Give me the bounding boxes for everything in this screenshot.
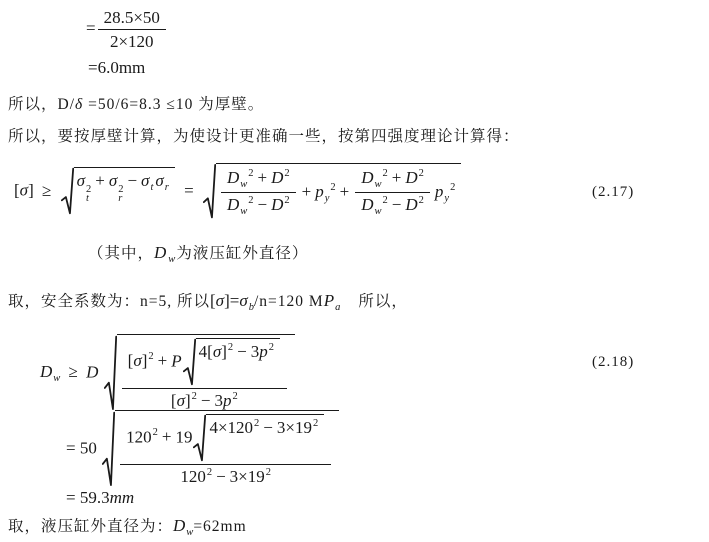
dw-symbol: Dw — [173, 516, 193, 535]
p-y-squared: py2 — [435, 182, 455, 201]
sqrt-inner: 4×1202−3×192 — [193, 414, 324, 463]
p: p — [223, 391, 232, 410]
sigma-allow-squared: [σ]2 — [207, 342, 233, 361]
cap-d: D — [173, 516, 185, 535]
note-close: 为液压缸外直径） — [176, 245, 308, 262]
equals-sign: = — [66, 438, 80, 457]
text-pre: 取，液压缸外直径为： — [8, 518, 173, 535]
equation-2-18: Dw ≥ D [σ]2+P4[σ]2−3p2[σ]2−3p2 — [40, 334, 296, 413]
sqrt-inner: 4[σ]2−3p2 — [183, 338, 280, 387]
equation-2-18-numeric: = 50 1202+194×1202−3×1921202−3×192 — [66, 410, 340, 489]
result-value: = 59.3 — [66, 488, 110, 507]
fraction-numerator: 28.5×50 — [98, 6, 166, 29]
coefficient: 3 — [214, 391, 223, 410]
sqrt-outer: [σ]2+P4[σ]2−3p2[σ]2−3p2 — [104, 334, 295, 413]
dw-symbol: Dw — [154, 243, 176, 262]
ge-sign: ≥ — [42, 181, 51, 200]
equals-sign: = — [184, 181, 194, 200]
cap-d: D — [405, 168, 417, 187]
radical-sign — [193, 414, 206, 463]
plus-sign: + — [302, 182, 312, 201]
sigma: σ — [213, 342, 221, 361]
sup-sub: 2r — [118, 185, 123, 203]
result-text: =6.0mm — [88, 58, 145, 77]
right-bracket: ] — [28, 181, 34, 200]
p: p — [315, 182, 324, 201]
radicand: σ2t+σ2r−σtσr — [74, 167, 175, 216]
p: p — [435, 182, 444, 201]
cap-d: D — [40, 362, 52, 381]
dw-fraction-2: Dw2+D2Dw2−D2 — [355, 166, 430, 219]
plus-sign: + — [257, 168, 267, 187]
sigma: σ — [141, 171, 149, 190]
radical-sign — [183, 338, 196, 387]
document-page: { "doc": {"background": "#ffffff", "text… — [0, 0, 709, 542]
equals-sign: = — [86, 19, 96, 38]
paragraph-thickwall: 所以，D/δ =50/6=8.3 ≤10 为厚壁。 — [8, 94, 264, 116]
paragraph-theory: 所以，要按厚壁计算，为使设计更准确一些，按第四强度理论计算得： — [8, 126, 520, 148]
final-value: =62mm — [193, 518, 246, 535]
plus-sign: + — [95, 171, 105, 190]
sigma: σ — [216, 291, 224, 310]
minus-sign: − — [392, 195, 402, 214]
equals-sign: = — [230, 291, 240, 310]
sqrt-outer: 1202+194×1202−3×1921202−3×192 — [102, 410, 339, 489]
sigma-allow-squared: [σ]2 — [171, 391, 197, 410]
fraction: 28.5×502×120 — [98, 6, 166, 54]
coefficient: 4 — [199, 342, 208, 361]
text-post: 所以， — [358, 293, 408, 310]
radicand: Dw2+D2Dw2−D2+py2+Dw2+D2Dw2−D2py2 — [216, 163, 461, 220]
coefficient: 3 — [251, 342, 260, 361]
equation-2-17: [σ] ≥ σ2t+σ2r−σtσr = Dw2+D2Dw2−D2+py2+Dw… — [14, 163, 462, 220]
radical-sign — [61, 167, 74, 216]
minus-sign: − — [216, 467, 226, 486]
sigma: σ — [20, 181, 28, 200]
radical-sign — [102, 410, 115, 489]
sup-sub: 2t — [86, 185, 91, 203]
equation-label-2-18: (2.18) — [592, 353, 634, 372]
sigma-allow-squared: [σ]2 — [128, 351, 154, 370]
value: 3×19 — [277, 418, 312, 437]
equation-delta-result: =6.0mm — [88, 57, 145, 78]
value: 3×19 — [230, 467, 265, 486]
final-line: 取，液压缸外直径为：Dw=62mm — [8, 514, 247, 541]
sigma: σ — [133, 351, 141, 370]
sigma-t-squared: σ2t — [77, 171, 92, 190]
p-y-squared: py2 — [315, 182, 335, 201]
cap-d: D — [271, 168, 283, 187]
radicand: 1202+194×1202−3×1921202−3×192 — [115, 410, 339, 489]
fraction-denominator: 2×120 — [98, 29, 166, 53]
sigma: σ — [77, 171, 85, 190]
minus-sign: − — [127, 171, 137, 190]
main-fraction: [σ]2+P4[σ]2−3p2[σ]2−3p2 — [122, 337, 287, 412]
right-bracket: ] — [185, 391, 191, 410]
cap-d: D — [361, 168, 373, 187]
cap-d: D — [361, 195, 373, 214]
value: 19 — [175, 427, 192, 446]
value: 4×120 — [209, 418, 253, 437]
note-open: （其中， — [88, 245, 154, 262]
sigma-allowable: [σ] — [14, 181, 34, 200]
value: 120 — [180, 467, 206, 486]
radicand: 4×1202−3×192 — [206, 414, 324, 463]
sigma-r: σr — [155, 171, 168, 190]
sigma-allowable: [σ]=σb — [210, 291, 254, 310]
note-dw: （其中，Dw为液压缸外直径） — [88, 241, 308, 268]
sigma: σ — [109, 171, 117, 190]
ge-sign: ≥ — [69, 362, 78, 381]
cap-p: P — [324, 291, 334, 310]
cap-d: D — [227, 168, 239, 187]
sigma-r-squared: σ2r — [109, 171, 124, 190]
cap-d: D — [271, 195, 283, 214]
result-unit: mm — [110, 488, 135, 507]
cap-d: D — [154, 243, 167, 262]
cap-d: D — [227, 195, 239, 214]
minus-sign: − — [263, 418, 273, 437]
minus-sign: − — [257, 195, 267, 214]
dw-symbol: Dw — [40, 362, 60, 381]
text-mid: /n=120 M — [254, 293, 324, 310]
value: 120 — [126, 427, 152, 446]
text-pre: 取，安全系数为：n=5, 所以 — [8, 293, 210, 310]
sigma: σ — [177, 391, 185, 410]
text: 所以，要按厚壁计算，为使设计更准确一些，按第四强度理论计算得： — [8, 128, 520, 145]
coefficient: 50 — [80, 438, 97, 457]
cap-d: D — [405, 195, 417, 214]
p: p — [259, 342, 268, 361]
sigma: σ — [155, 171, 163, 190]
delta-symbol: δ — [75, 96, 83, 113]
plus-sign: + — [158, 351, 168, 370]
plus-sign: + — [162, 427, 172, 446]
text-post: =50/6=8.3 ≤10 为厚壁。 — [83, 96, 264, 113]
radical-sign — [104, 334, 117, 413]
sqrt-right: Dw2+D2Dw2−D2+py2+Dw2+D2Dw2−D2py2 — [203, 163, 461, 220]
equation-label-2-17: (2.17) — [592, 183, 634, 202]
dw-fraction-1: Dw2+D2Dw2−D2 — [221, 166, 296, 219]
right-bracket: ] — [142, 351, 148, 370]
sqrt-left: σ2t+σ2r−σtσr — [61, 167, 175, 216]
plus-sign: + — [340, 182, 350, 201]
cap-d: D — [86, 362, 98, 381]
radicand: 4[σ]2−3p2 — [196, 338, 280, 387]
right-bracket: ] — [221, 342, 227, 361]
sigma-t: σt — [141, 171, 153, 190]
radicand: [σ]2+P4[σ]2−3p2[σ]2−3p2 — [117, 334, 295, 413]
radical-sign — [203, 163, 216, 220]
minus-sign: − — [237, 342, 247, 361]
line-safety-factor: 取，安全系数为：n=5, 所以[σ]=σb/n=120 MPa所以， — [8, 289, 408, 316]
cap-p: P — [171, 351, 181, 370]
minus-sign: − — [201, 391, 211, 410]
result-line: = 59.3mm — [66, 487, 134, 508]
main-fraction: 1202+194×1202−3×1921202−3×192 — [120, 413, 331, 488]
text-pre: 所以，D/ — [8, 96, 75, 113]
pa-unit: Pa — [324, 291, 341, 310]
plus-sign: + — [392, 168, 402, 187]
equation-delta: =28.5×502×120 — [86, 6, 168, 54]
sigma: σ — [239, 291, 247, 310]
